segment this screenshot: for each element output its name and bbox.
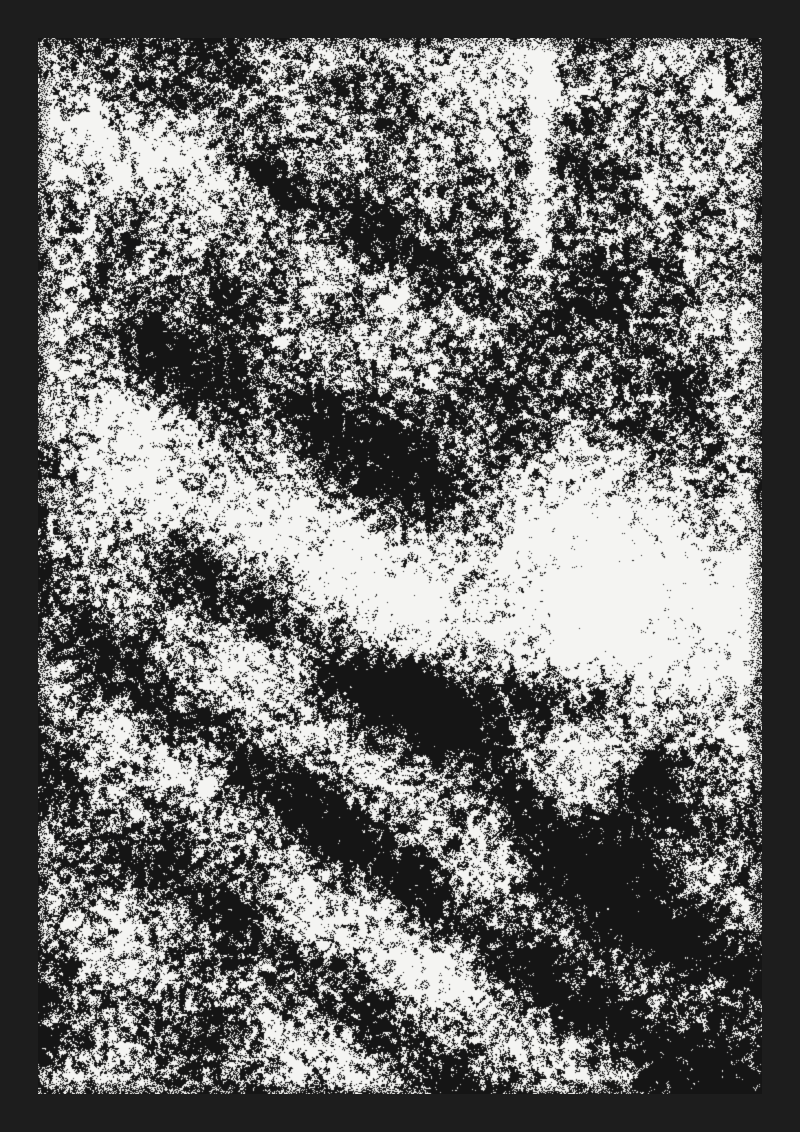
- dark-frame: [0, 0, 800, 1132]
- grainy-photograph: [38, 38, 762, 1094]
